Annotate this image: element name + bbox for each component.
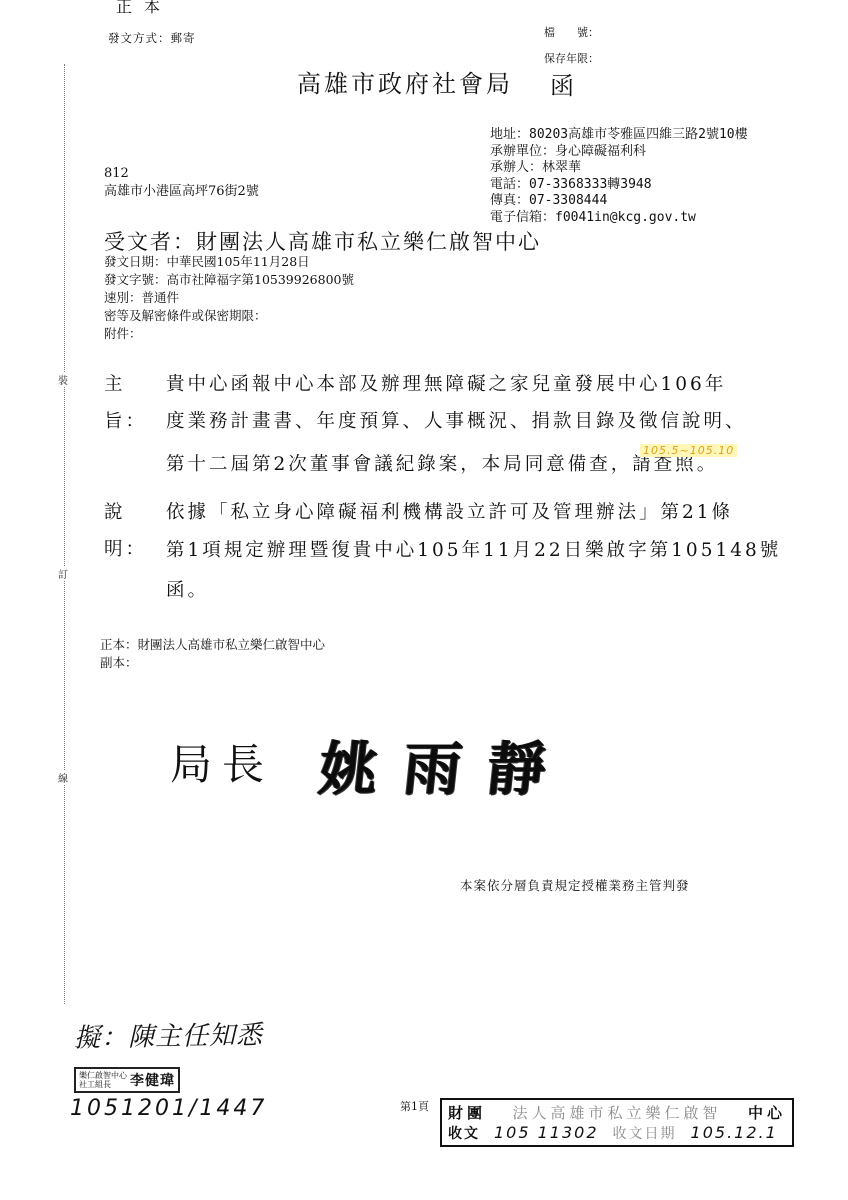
explanation-label: 說明： xyxy=(104,494,147,568)
subject-line-3: 第十二屆第2次董事會議紀錄案，本局同意備查，請查照。 xyxy=(166,446,718,483)
binding-mark-zhuang: 裝 xyxy=(58,372,68,387)
received-date: 105.12.1 xyxy=(691,1123,778,1143)
document-kind: 函 xyxy=(550,66,574,101)
stamp-org-line-1: 樂仁啟智中心 xyxy=(79,1071,127,1080)
postal-code: 812 xyxy=(104,165,259,183)
doc-number: 發文字號：高市社障福字第10539926800號 xyxy=(104,271,354,289)
received-stamp-details: 收文 105 11302 收文日期 105.12.1 xyxy=(448,1123,786,1143)
recipient: 受文者：財團法人高雄市私立樂仁啟智中心 xyxy=(104,226,541,256)
sender-fax: 傳真：07-3308444 xyxy=(490,193,748,210)
explanation-line-2: 第1項規定辦理暨復貴中心105年11月22日樂啟字第105148號 xyxy=(166,532,781,569)
binding-line xyxy=(64,64,65,1004)
attachments: 附件： xyxy=(104,325,354,343)
signatory-name: 姚雨靜 xyxy=(316,722,577,806)
explanation-line-1: 依據「私立身心障礙福利機構設立許可及管理辦法」第21條 xyxy=(166,494,733,531)
sender-phone: 電話：07-3368333轉3948 xyxy=(490,177,748,194)
sender-email: 電子信箱：f0041in@kcg.gov.tw xyxy=(490,210,748,227)
received-number: 105 11302 xyxy=(494,1123,599,1143)
issue-info: 發文日期：中華民國105年11月28日 發文字號：高市社障福字第10539926… xyxy=(104,253,354,343)
stamp-org: 樂仁啟智中心 社工組長 xyxy=(79,1071,127,1089)
original-copy: 正本：財團法人高雄市私立樂仁啟智中心 xyxy=(100,636,325,654)
received-stamp-org: 財團 法人高雄市私立樂仁啟智 中心 xyxy=(448,1102,786,1123)
stamp-org-mid: 法人高雄市私立樂仁啟智 xyxy=(512,1102,721,1123)
stamp-org-left: 財團 xyxy=(448,1102,486,1123)
duplicate-copy: 副本： xyxy=(100,654,325,672)
subject-label: 主旨： xyxy=(104,366,147,440)
staff-stamp: 樂仁啟智中心 社工組長 李健瑋 xyxy=(74,1067,180,1093)
handwritten-annotation: 105.5~105.10 xyxy=(640,444,737,457)
copy-type-label: 正本 xyxy=(116,0,172,17)
stamp-org-line-2: 社工組長 xyxy=(79,1080,127,1089)
stamp-org-right: 中心 xyxy=(748,1102,786,1123)
explanation-line-3: 函。 xyxy=(166,572,209,609)
secrecy: 密等及解密條件或保密期限： xyxy=(104,307,354,325)
file-meta: 檔 號： 保存年限： xyxy=(544,20,599,72)
subject-line-1: 貴中心函報中心本部及辦理無障礙之家兒童發展中心106年 xyxy=(166,366,726,403)
file-number-label: 檔 號： xyxy=(544,20,599,46)
document-title: 高雄市政府社會局 xyxy=(297,64,513,99)
copies-info: 正本：財團法人高雄市私立樂仁啟智中心 副本： xyxy=(100,636,325,672)
received-label: 收文 xyxy=(448,1123,480,1143)
issue-date: 發文日期：中華民國105年11月28日 xyxy=(104,253,354,271)
page-number: 第1頁 xyxy=(400,1098,429,1114)
speed: 速別：普通件 xyxy=(104,289,354,307)
received-date-label: 收文日期 xyxy=(613,1123,677,1143)
street-address: 高雄市小港區高坪76街2號 xyxy=(104,183,259,201)
stamp-name: 李健瑋 xyxy=(130,1070,175,1090)
sender-officer: 承辦人：林翠華 xyxy=(490,160,748,177)
recipient-address: 812 高雄市小港區高坪76街2號 xyxy=(104,165,259,201)
send-method: 發文方式：郵寄 xyxy=(108,30,196,46)
handwritten-number: 1051201/1447 xyxy=(70,1096,267,1121)
sender-address: 地址：80203高雄市苓雅區四維三路2號10樓 xyxy=(490,127,748,144)
received-stamp: 財團 法人高雄市私立樂仁啟智 中心 收文 105 11302 收文日期 105.… xyxy=(440,1098,794,1147)
sender-unit: 承辦單位：身心障礙福利科 xyxy=(490,144,748,161)
binding-mark-xian: 線 xyxy=(58,770,68,785)
binding-mark-ding: 訂 xyxy=(58,566,68,581)
delegation-note: 本案依分層負責規定授權業務主管判發 xyxy=(460,876,690,894)
sender-info: 地址：80203高雄市苓雅區四維三路2號10樓 承辦單位：身心障礙福利科 承辦人… xyxy=(490,127,748,226)
handwritten-note: 擬：陳主任知悉 xyxy=(74,1014,264,1054)
signatory-title: 局長 xyxy=(170,732,274,792)
subject-line-2: 度業務計畫書、年度預算、人事概況、捐款目錄及徵信說明、 xyxy=(166,403,747,440)
